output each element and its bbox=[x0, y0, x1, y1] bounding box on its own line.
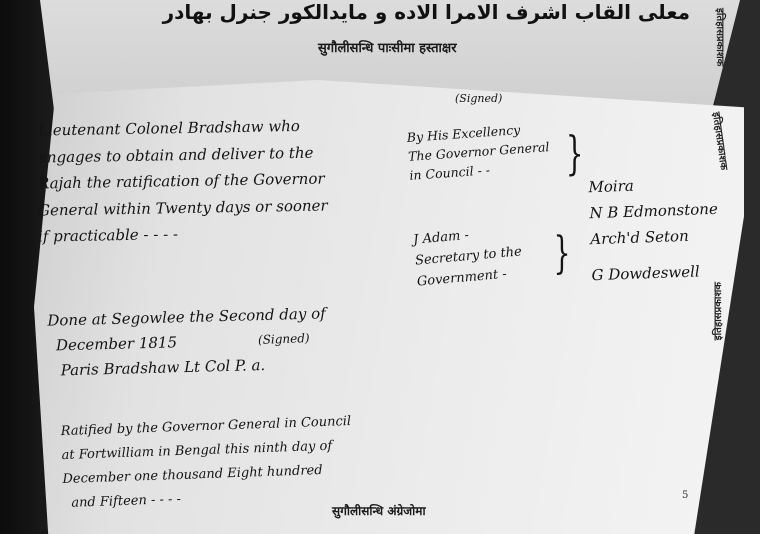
vertical-label-low: इतिहासप्रकाशक bbox=[712, 282, 726, 340]
ratified-block: Ratified by the Governor General in Coun… bbox=[60, 410, 354, 516]
brace-icon: } bbox=[554, 228, 571, 279]
signatory: G Dowdeswell bbox=[591, 258, 720, 288]
hindi-header: सुगौलीसन्धि पाःसीमा हस्ताक्षर bbox=[318, 38, 457, 56]
vertical-label-top: इतिहासप्रकाशक bbox=[712, 8, 726, 66]
signed-label-bottom: (Signed) bbox=[258, 331, 310, 347]
urdu-header: معلى القاب اشرف الامرا الاده و مايدالكور… bbox=[163, 0, 690, 24]
signed-label-top: (Signed) bbox=[455, 92, 502, 105]
page-mark: 5 bbox=[682, 490, 688, 501]
signatories-block: Moira N B Edmonstone Arch'd Seton G Dowd… bbox=[588, 170, 720, 288]
main-line: if practicable - - - - bbox=[38, 218, 328, 250]
hindi-footer: सुगौलीसन्धि अंग्रेजोमा bbox=[332, 502, 426, 519]
signatory: Arch'd Seton bbox=[590, 222, 719, 252]
excellency-block: By His Excellency The Governor General i… bbox=[406, 118, 551, 185]
signatory: N B Edmonstone bbox=[589, 196, 718, 226]
brace-icon: } bbox=[566, 126, 584, 180]
main-paragraph: Lieutenant Colonel Bradshaw who engages … bbox=[38, 115, 328, 248]
adam-block: J Adam - Secretary to the Government - bbox=[412, 220, 524, 292]
